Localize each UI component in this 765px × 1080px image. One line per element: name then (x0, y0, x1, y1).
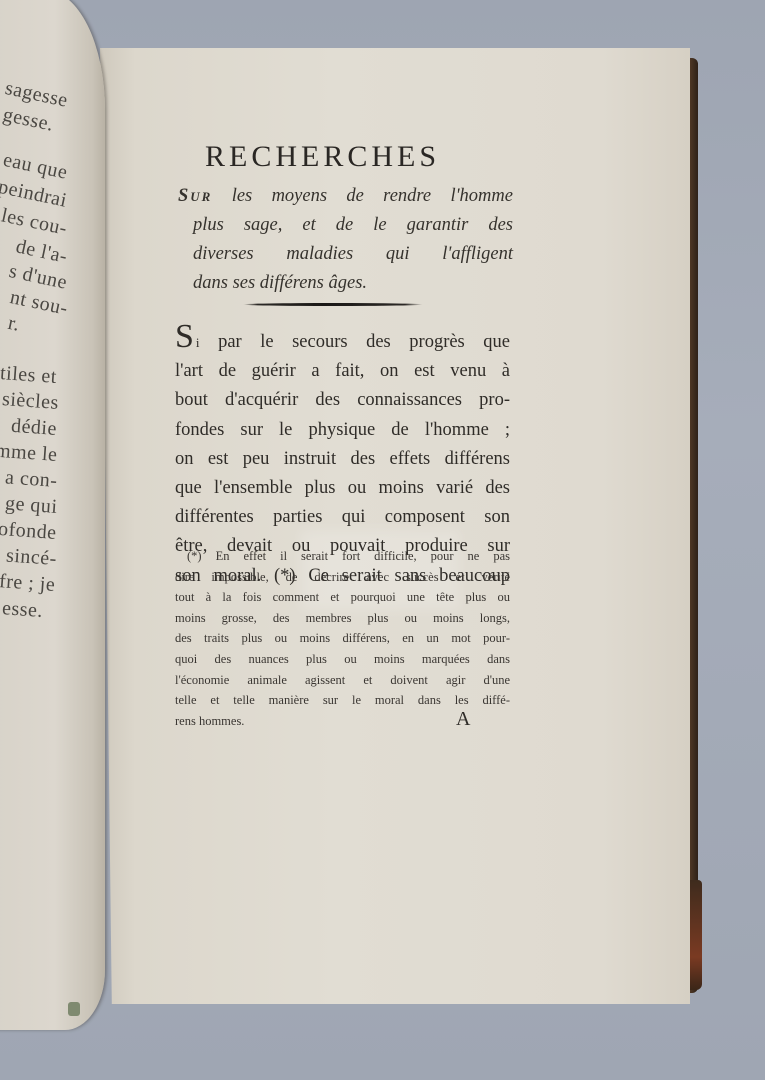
subtitle-line-3: diverses maladies qui l'affligent (178, 240, 513, 269)
signature-mark: A (456, 708, 470, 731)
body-line: fondes sur le physique de l'homme ; (175, 416, 510, 445)
left-page-line: fre ; je (0, 570, 56, 597)
body-line: on est peu instruit des effets différens (175, 445, 510, 474)
subtitle-line-4: dans ses différens âges. (178, 269, 513, 298)
left-page-line: siècles (2, 388, 60, 415)
body-line: que l'ensemble plus ou moins varié des (175, 474, 510, 503)
left-page: sagesse gesse. eau que peindrai les cou-… (0, 0, 105, 1030)
left-page-line: esse. (1, 597, 43, 623)
subtitle-line-1: Sur les moyens de rendre l'homme (178, 182, 513, 211)
body-line: Si par le secours des progrès que (175, 327, 510, 357)
footnote-line: moins grosse, des membres plus ou moins … (175, 608, 510, 629)
footnote: (*) En effet il serait fort difficile, p… (175, 546, 510, 731)
left-page-line: tiles et (0, 362, 58, 389)
subtitle-lead: Sur (178, 186, 212, 206)
page-tab-mark (68, 1002, 80, 1016)
left-page-line: sincé- (6, 544, 58, 570)
footnote-line: des traits plus ou moins différens, en u… (175, 628, 510, 649)
chapter-title: RECHERCHES (205, 140, 440, 174)
left-page-line: a con- (4, 466, 58, 493)
chapter-subtitle: Sur les moyens de rendre l'homme plus sa… (178, 182, 513, 298)
drop-cap: S (175, 318, 196, 355)
subtitle-line-2: plus sage, et de le garantir des (178, 211, 513, 240)
left-page-line: r. (6, 312, 22, 337)
body-line: l'art de guérir a fait, on est venu à (175, 357, 510, 386)
footnote-line: tout à la fois comment et pourquoi une t… (175, 587, 510, 608)
footnote-line: quoi des nuances plus ou moins marquées … (175, 649, 510, 670)
body-line: bout d'acquérir des connaissances pro- (175, 386, 510, 415)
ornamental-rule (243, 303, 423, 306)
book-cover-corner (688, 880, 702, 990)
footnote-line: dire impossible, de décrire avec succès … (175, 567, 510, 588)
body-line: différentes parties qui composent son (175, 503, 510, 532)
footnote-line: (*) En effet il serait fort difficile, p… (175, 546, 510, 567)
footnote-line: l'économie animale agissent et doivent a… (175, 670, 510, 691)
left-page-line: dédie (10, 415, 57, 441)
left-page-line: mme le (0, 440, 58, 467)
left-page-line: ge qui (4, 492, 58, 519)
left-page-line: ofonde (0, 518, 58, 545)
